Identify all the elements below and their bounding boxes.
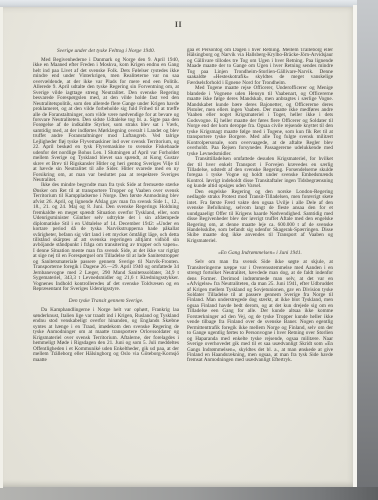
paragraph-continuation: gaa et Persontog om Dagen i hver Retning… xyxy=(187,48,333,86)
text-columns: Sverige under det tyske Felttog i Norge … xyxy=(0,29,357,448)
section-heading: »En Gang Indrømmelsen« i Juni 1941. xyxy=(187,250,333,256)
book-page: II Sverige under det tyske Felttog i Nor… xyxy=(0,7,357,487)
left-column: Sverige under det tyske Felttog i Norge … xyxy=(33,48,179,448)
paragraph: Den engelske Regering og den norske Lond… xyxy=(187,190,333,245)
scanned-book-page: II Sverige under det tyske Felttog i Nor… xyxy=(0,0,378,500)
paragraph: Transittilladelsen omfattede desuden Kri… xyxy=(187,157,333,190)
scan-edge-bottom xyxy=(0,487,378,500)
page-number: II xyxy=(0,20,357,29)
paragraph: Selv om man fra svensk Side ikke søgte a… xyxy=(187,260,333,364)
section-heading: Den tyske Transit gennem Sverige. xyxy=(33,298,179,304)
paragraph: Da Kamphandlingerne i Norge helt var oph… xyxy=(33,308,179,363)
paragraph: Med Begivenhederne i Danmark og Norge de… xyxy=(33,58,179,183)
paragraph: Med Togene maatte rejse Officerer, Under… xyxy=(187,86,333,157)
scan-edge-right xyxy=(357,0,378,500)
right-column: gaa et Persontog om Dagen i hver Retning… xyxy=(187,48,333,448)
page-edge-highlight xyxy=(353,5,357,487)
article-title: Sverige under det tyske Felttog i Norge … xyxy=(33,48,179,54)
scan-edge-left xyxy=(0,7,3,488)
scan-edge-top xyxy=(0,0,378,7)
paragraph: Ikke des mindre begyndte man fra tysk Si… xyxy=(33,183,179,292)
